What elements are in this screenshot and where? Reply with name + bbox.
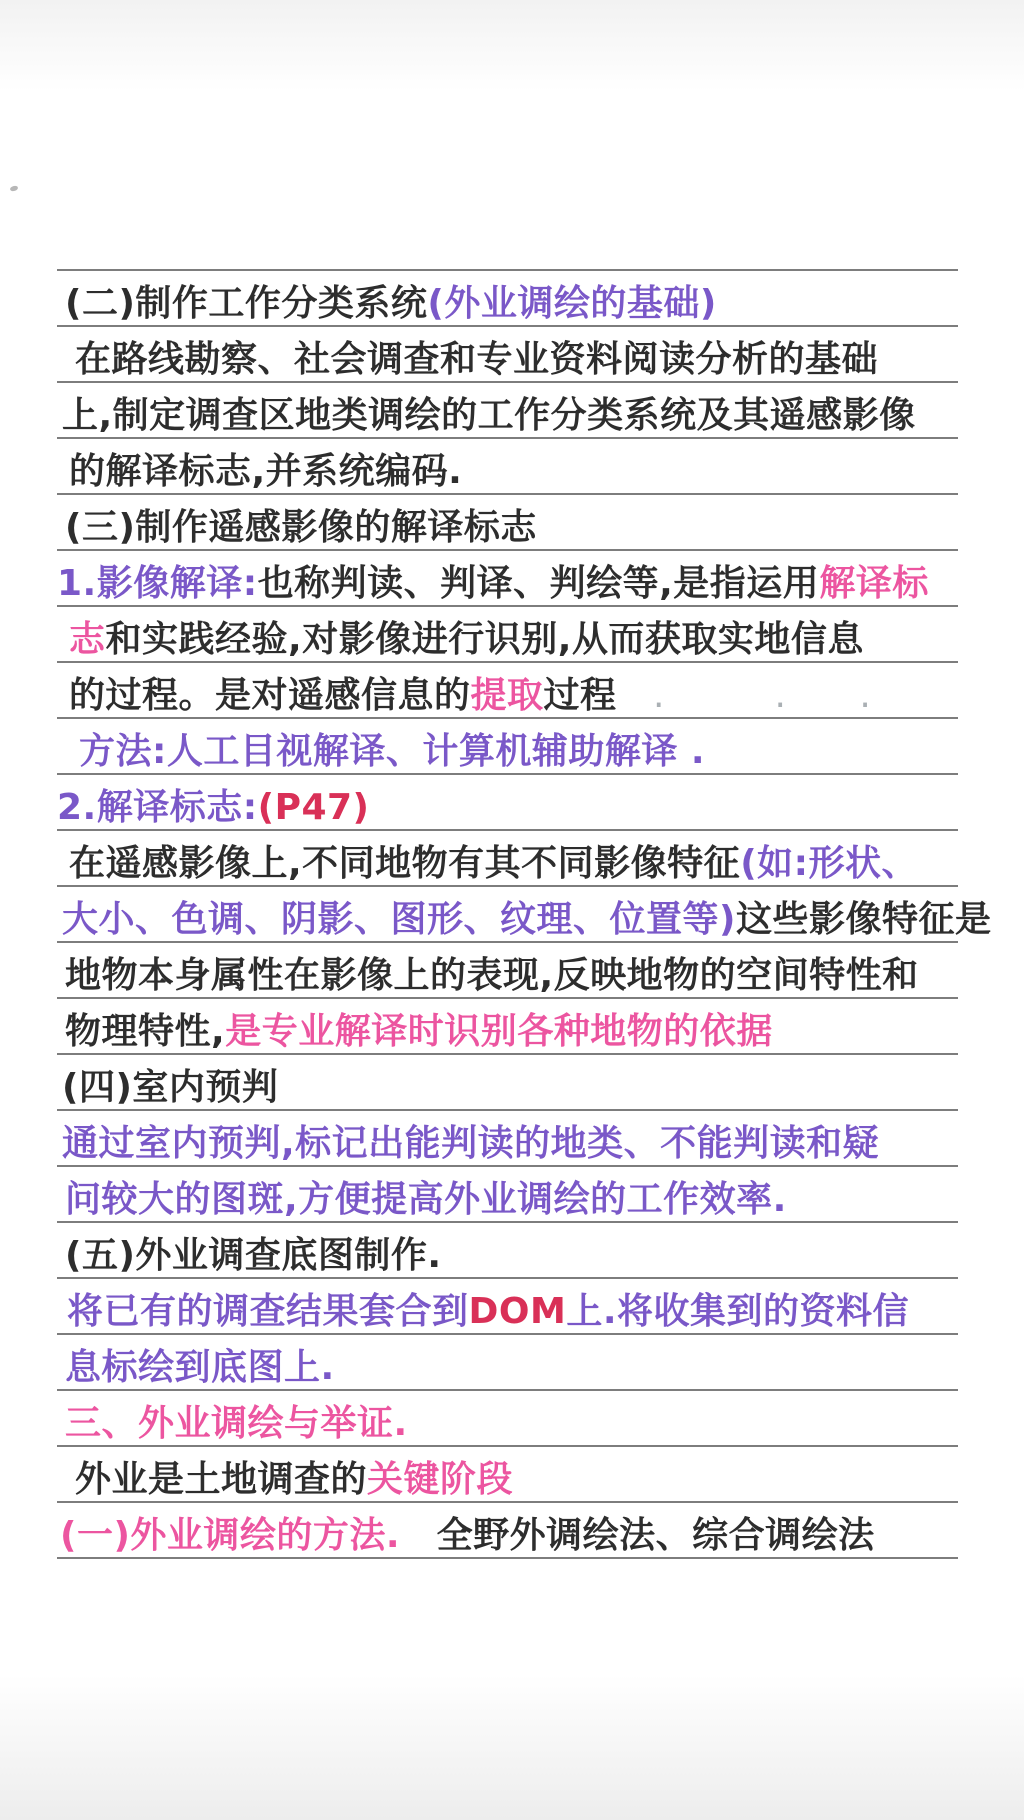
note-text-segment: 提取 <box>471 675 544 716</box>
note-line-text: 物理特性,是专业解译时识别各种地物的依据 <box>57 1014 773 1053</box>
note-line-text: 的过程。是对遥感信息的提取过程 . . . <box>57 678 871 717</box>
note-line: 方法:人工目视解译、计算机辅助解译 . <box>57 719 958 775</box>
note-text-segment: 将已有的调查结果套合到 <box>67 1291 469 1332</box>
note-text-segment: DOM <box>469 1291 567 1332</box>
note-text-segment: 关键阶段 <box>367 1459 513 1500</box>
note-text-segment: (如:形状、 <box>740 843 918 884</box>
note-line: 在遥感影像上,不同地物有其不同影像特征(如:形状、 <box>57 831 958 887</box>
note-line: 大小、色调、阴影、图形、纹理、位置等)这些影像特征是 <box>57 887 958 943</box>
note-line-text: 2.解译标志:(P47) <box>57 790 370 829</box>
note-line: 志和实践经验,对影像进行识别,从而获取实地信息 <box>57 607 958 663</box>
note-line-text: 息标绘到底图上. <box>57 1350 335 1389</box>
note-line: 的过程。是对遥感信息的提取过程 . . . <box>57 663 958 719</box>
note-text-segment: 解译标 <box>819 563 929 604</box>
note-line-text: 在路线勘察、社会调查和专业资料阅读分析的基础 <box>57 342 878 381</box>
note-line: 1.影像解译:也称判读、判译、判绘等,是指运用解译标 <box>57 551 958 607</box>
note-line-text: 1.影像解译:也称判读、判译、判绘等,是指运用解译标 <box>57 566 929 605</box>
note-line-text: 将已有的调查结果套合到DOM上.将收集到的资料信 <box>57 1294 909 1333</box>
note-line: 外业是土地调查的关键阶段 <box>57 1447 958 1503</box>
note-line-text: 方法:人工目视解译、计算机辅助解译 . <box>57 734 705 773</box>
note-text-segment: 在遥感影像上,不同地物有其不同影像特征 <box>69 843 740 884</box>
note-text-segment: 过程 <box>544 675 617 716</box>
note-text-segment: 上.将收集到的资料信 <box>566 1291 909 1332</box>
note-text-segment: 和实践经验,对影像进行识别,从而获取实地信息 <box>106 619 864 660</box>
note-text-segment: (二)制作工作分类系统 <box>65 283 427 324</box>
note-line-text: 上,制定调查区地类调绘的工作分类系统及其遥感影像 <box>57 398 916 437</box>
note-text-segment: (外业调绘的基础) <box>427 283 716 324</box>
note-line-text: 通过室内预判,标记出能判读的地类、不能判读和疑 <box>57 1126 879 1165</box>
note-text-segment: 2.解译标志: <box>57 787 258 828</box>
note-text-segment: 也称判读、判译、判绘等,是指运用 <box>258 563 820 604</box>
notebook-page: (二)制作工作分类系统(外业调绘的基础)在路线勘察、社会调查和专业资料阅读分析的… <box>57 269 958 1559</box>
ink-speck <box>9 185 18 192</box>
note-line: 将已有的调查结果套合到DOM上.将收集到的资料信 <box>57 1279 958 1335</box>
note-text-segment: (P47) <box>258 787 370 828</box>
note-text-segment: 通过室内预判,标记出能判读的地类、不能判读和疑 <box>62 1123 879 1164</box>
note-line: 在路线勘察、社会调查和专业资料阅读分析的基础 <box>57 327 958 383</box>
note-line: 三、外业调绘与举证. <box>57 1391 958 1447</box>
notebook-photo: (二)制作工作分类系统(外业调绘的基础)在路线勘察、社会调查和专业资料阅读分析的… <box>0 0 1024 1820</box>
note-line-text: (一)外业调绘的方法. 全野外调绘法、综合调绘法 <box>57 1518 875 1557</box>
note-text-segment: 在路线勘察、社会调查和专业资料阅读分析的基础 <box>75 339 878 380</box>
note-line-text: 的解译标志,并系统编码. <box>57 454 462 493</box>
note-line: (一)外业调绘的方法. 全野外调绘法、综合调绘法 <box>57 1503 958 1559</box>
note-text-segment: 大小、色调、阴影、图形、纹理、位置等) <box>62 899 736 940</box>
note-text-segment: 方法:人工目视解译、计算机辅助解译 . <box>79 731 705 772</box>
note-text-segment: 外业是土地调查的 <box>75 1459 367 1500</box>
note-line: 通过室内预判,标记出能判读的地类、不能判读和疑 <box>57 1111 958 1167</box>
note-line: 问较大的图斑,方便提高外业调绘的工作效率. <box>57 1167 958 1223</box>
note-line: (三)制作遥感影像的解译标志 <box>57 495 958 551</box>
note-text-segment: 息标绘到底图上. <box>65 1347 335 1388</box>
note-text-segment: 地物本身属性在影像上的表现,反映地物的空间特性和 <box>65 955 919 996</box>
note-text-segment: 志 <box>69 619 106 660</box>
note-line-text: 三、外业调绘与举证. <box>57 1406 408 1445</box>
note-text-segment: 1.影像解译: <box>57 563 258 604</box>
note-text-segment: (三)制作遥感影像的解译标志 <box>65 507 537 548</box>
note-text-segment: 这些影像特征是 <box>736 899 992 940</box>
note-line-text: 在遥感影像上,不同地物有其不同影像特征(如:形状、 <box>57 846 918 885</box>
note-text-segment: 的过程。是对遥感信息的 <box>69 675 471 716</box>
note-line-text: 地物本身属性在影像上的表现,反映地物的空间特性和 <box>57 958 919 997</box>
note-text-segment: 上,制定调查区地类调绘的工作分类系统及其遥感影像 <box>62 395 916 436</box>
note-line: 的解译标志,并系统编码. <box>57 439 958 495</box>
note-text-segment: 是专业解译时识别各种地物的依据 <box>225 1011 773 1052</box>
note-line: (二)制作工作分类系统(外业调绘的基础) <box>57 271 958 327</box>
note-text-segment: 物理特性, <box>65 1011 225 1052</box>
note-text-segment: (四)室内预判 <box>62 1067 278 1108</box>
note-line-text: 外业是土地调查的关键阶段 <box>57 1462 513 1501</box>
note-text-segment: 全野外调绘法、综合调绘法 <box>400 1515 875 1556</box>
note-line: (五)外业调查底图制作. <box>57 1223 958 1279</box>
note-text-segment: . . . <box>617 675 872 716</box>
note-line-text: 大小、色调、阴影、图形、纹理、位置等)这些影像特征是 <box>57 902 991 941</box>
note-text-segment: (五)外业调查底图制作. <box>65 1235 442 1276</box>
note-line: 地物本身属性在影像上的表现,反映地物的空间特性和 <box>57 943 958 999</box>
note-text-segment: 三、外业调绘与举证. <box>65 1403 408 1444</box>
note-line-text: 问较大的图斑,方便提高外业调绘的工作效率. <box>57 1182 787 1221</box>
note-line: 2.解译标志:(P47) <box>57 775 958 831</box>
note-line: (四)室内预判 <box>57 1055 958 1111</box>
note-line: 物理特性,是专业解译时识别各种地物的依据 <box>57 999 958 1055</box>
note-line-text: (二)制作工作分类系统(外业调绘的基础) <box>57 286 717 325</box>
note-line: 上,制定调查区地类调绘的工作分类系统及其遥感影像 <box>57 383 958 439</box>
note-line-text: 志和实践经验,对影像进行识别,从而获取实地信息 <box>57 622 864 661</box>
note-line-text: (三)制作遥感影像的解译标志 <box>57 510 537 549</box>
note-text-segment: (一)外业调绘的方法. <box>60 1515 400 1556</box>
note-line-text: (五)外业调查底图制作. <box>57 1238 442 1277</box>
note-text-segment: 的解译标志,并系统编码. <box>69 451 462 492</box>
note-line: 息标绘到底图上. <box>57 1335 958 1391</box>
note-line-text: (四)室内预判 <box>57 1070 278 1109</box>
note-text-segment: 问较大的图斑,方便提高外业调绘的工作效率. <box>65 1179 787 1220</box>
